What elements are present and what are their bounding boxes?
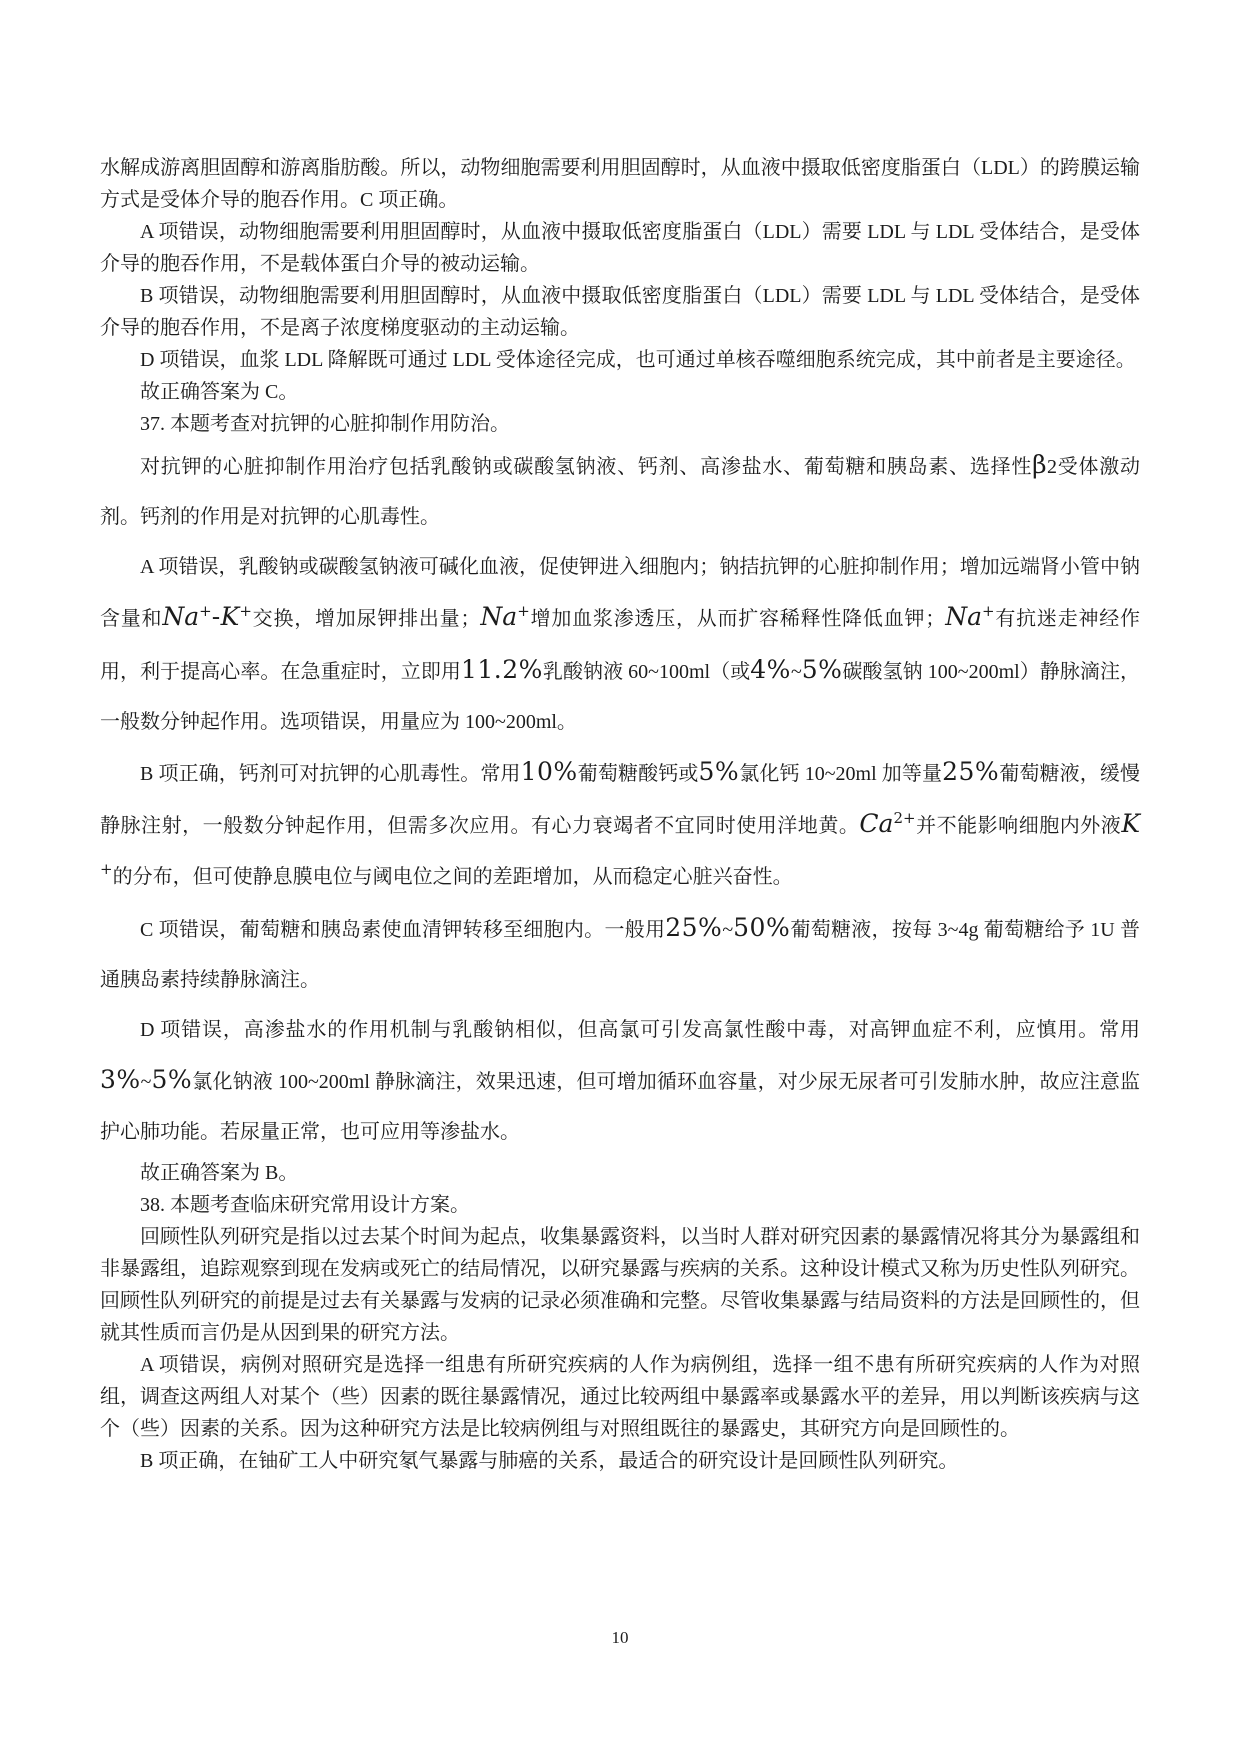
math-formula-run: 5%: [152, 1065, 193, 1094]
math-formula-run: +: [100, 860, 113, 878]
paragraph-q36-option-b: B 项错误，动物细胞需要利用胆固醇时，从血液中摄取低密度脂蛋白（LDL）需要 L…: [100, 280, 1140, 344]
math-formula-run: Na: [480, 602, 517, 631]
page-number: 10: [0, 1628, 1240, 1648]
math-formula-run: 5%: [802, 655, 843, 684]
paragraph-q38-heading: 38. 本题考查临床研究常用设计方案。: [100, 1189, 1140, 1221]
math-formula-run: 25%: [942, 757, 999, 786]
text-run: 故正确答案为 B。: [140, 1162, 298, 1184]
paragraph-q38-option-a: A 项错误，病例对照研究是选择一组患有所研究疾病的人作为病例组，选择一组不患有所…: [100, 1349, 1140, 1445]
math-formula-run: Ca: [859, 809, 893, 838]
math-formula-run: +: [239, 602, 252, 620]
math-formula-run: +: [517, 602, 530, 620]
text-run: 水解成游离胆固醇和游离脂肪酸。所以，动物细胞需要利用胆固醇时，从血液中摄取低密度…: [100, 157, 1140, 211]
text-run: 氯化钙 10~20ml 加等量: [739, 763, 942, 785]
text-run: A 项错误，病例对照研究是选择一组患有所研究疾病的人作为病例组，选择一组不患有所…: [100, 1354, 1140, 1440]
paragraph-q37-option-b: B 项正确，钙剂可对抗钾的心肌毒性。常用10%葡萄糖酸钙或5%氯化钙 10~20…: [100, 747, 1140, 903]
paragraph-q37-option-a: A 项错误，乳酸钠或碳酸氢钠液可碱化血液，促使钾进入细胞内；钠拮抗钾的心脏抑制作…: [100, 542, 1140, 747]
document-body: 水解成游离胆固醇和游离脂肪酸。所以，动物细胞需要利用胆固醇时，从血液中摄取低密度…: [100, 152, 1140, 1477]
paragraph-q38-body: 回顾性队列研究是指以过去某个时间为起点，收集暴露资料，以当时人群对研究因素的暴露…: [100, 1221, 1140, 1349]
text-run: B 项正确，钙剂可对抗钾的心肌毒性。常用: [140, 763, 521, 785]
math-formula-run: 50%: [733, 913, 790, 942]
text-run: 乳酸钠液 60~100ml（或: [543, 661, 750, 683]
text-run: A 项错误，动物细胞需要利用胆固醇时，从血液中摄取低密度脂蛋白（LDL）需要 L…: [100, 221, 1140, 275]
paragraph-q38-option-b: B 项正确，在铀矿工人中研究氡气暴露与肺癌的关系，最适合的研究设计是回顾性队列研…: [100, 1445, 1140, 1477]
text-run: 的分布，但可使静息膜电位与阈电位之间的差距增加，从而稳定心脏兴奋性。: [113, 866, 793, 888]
text-run: B 项错误，动物细胞需要利用胆固醇时，从血液中摄取低密度脂蛋白（LDL）需要 L…: [100, 285, 1140, 339]
paragraph-q36-answer: 故正确答案为 C。: [100, 376, 1140, 408]
paragraph-q37-body: 对抗钾的心脏抑制作用治疗包括乳酸钠或碳酸氢钠液、钙剂、高渗盐水、葡萄糖和胰岛素、…: [100, 440, 1140, 542]
math-formula-run: 4%: [750, 655, 791, 684]
text-run: ~: [791, 661, 802, 683]
text-run: 回顾性队列研究是指以过去某个时间为起点，收集暴露资料，以当时人群对研究因素的暴露…: [100, 1226, 1140, 1344]
text-run: 交换，增加尿钾排出量；: [252, 608, 481, 630]
math-formula-run: 11.2%: [461, 655, 543, 684]
text-run: 并不能影响细胞内外液: [916, 815, 1122, 837]
math-formula-run: 10%: [521, 757, 578, 786]
paragraph-q36-body-continued: 水解成游离胆固醇和游离脂肪酸。所以，动物细胞需要利用胆固醇时，从血液中摄取低密度…: [100, 152, 1140, 216]
math-formula-run: K: [1121, 809, 1140, 838]
text-run: 故正确答案为 C。: [140, 381, 298, 403]
text-run: 增加血浆渗透压，从而扩容稀释性降低血钾；: [530, 608, 945, 630]
math-formula-run: β: [1032, 450, 1047, 479]
paragraph-q37-heading: 37. 本题考查对抗钾的心脏抑制作用防治。: [100, 408, 1140, 440]
math-formula-run: K: [221, 602, 240, 631]
text-run: B 项正确，在铀矿工人中研究氡气暴露与肺癌的关系，最适合的研究设计是回顾性队列研…: [140, 1450, 958, 1472]
math-formula-run: 25%: [665, 913, 722, 942]
math-formula-run: 5%: [698, 757, 739, 786]
text-run: 37. 本题考查对抗钾的心脏抑制作用防治。: [140, 413, 510, 435]
text-run: 氯化钠液 100~200ml 静脉滴注，效果迅速，但可增加循环血容量，对少尿无尿…: [100, 1071, 1140, 1143]
paragraph-q36-option-a: A 项错误，动物细胞需要利用胆固醇时，从血液中摄取低密度脂蛋白（LDL）需要 L…: [100, 216, 1140, 280]
math-formula-run: 2+: [893, 809, 915, 827]
paragraph-q36-option-d: D 项错误，血浆 LDL 降解既可通过 LDL 受体途径完成，也可通过单核吞噬细…: [100, 344, 1140, 376]
math-formula-run: +: [982, 602, 995, 620]
paragraph-q37-option-c: C 项错误，葡萄糖和胰岛素使血清钾转移至细胞内。一般用25%~50%葡萄糖液，按…: [100, 903, 1140, 1005]
paragraph-q37-answer: 故正确答案为 B。: [100, 1157, 1140, 1189]
text-run: D 项错误，血浆 LDL 降解既可通过 LDL 受体途径完成，也可通过单核吞噬细…: [140, 349, 1136, 371]
math-formula-run: +: [199, 602, 212, 620]
paragraph-q37-option-d: D 项错误，高渗盐水的作用机制与乳酸钠相似，但高氯可引发高氯性酸中毒，对高钾血症…: [100, 1005, 1140, 1157]
math-formula-run: 3%: [100, 1065, 141, 1094]
text-run: D 项错误，高渗盐水的作用机制与乳酸钠相似，但高氯可引发高氯性酸中毒，对高钾血症…: [140, 1019, 1140, 1041]
text-run: ~: [722, 919, 733, 941]
text-run: 38. 本题考查临床研究常用设计方案。: [140, 1194, 470, 1216]
document-page: 水解成游离胆固醇和游离脂肪酸。所以，动物细胞需要利用胆固醇时，从血液中摄取低密度…: [0, 0, 1240, 1754]
math-formula-run: Na: [945, 602, 982, 631]
text-run: 葡萄糖酸钙或: [578, 763, 699, 785]
text-run: ~: [141, 1071, 152, 1093]
text-run: 对抗钾的心脏抑制作用治疗包括乳酸钠或碳酸氢钠液、钙剂、高渗盐水、葡萄糖和胰岛素、…: [140, 456, 1032, 478]
math-formula-run: -: [212, 602, 221, 631]
text-run: C 项错误，葡萄糖和胰岛素使血清钾转移至细胞内。一般用: [140, 919, 665, 941]
math-formula-run: Na: [162, 602, 199, 631]
